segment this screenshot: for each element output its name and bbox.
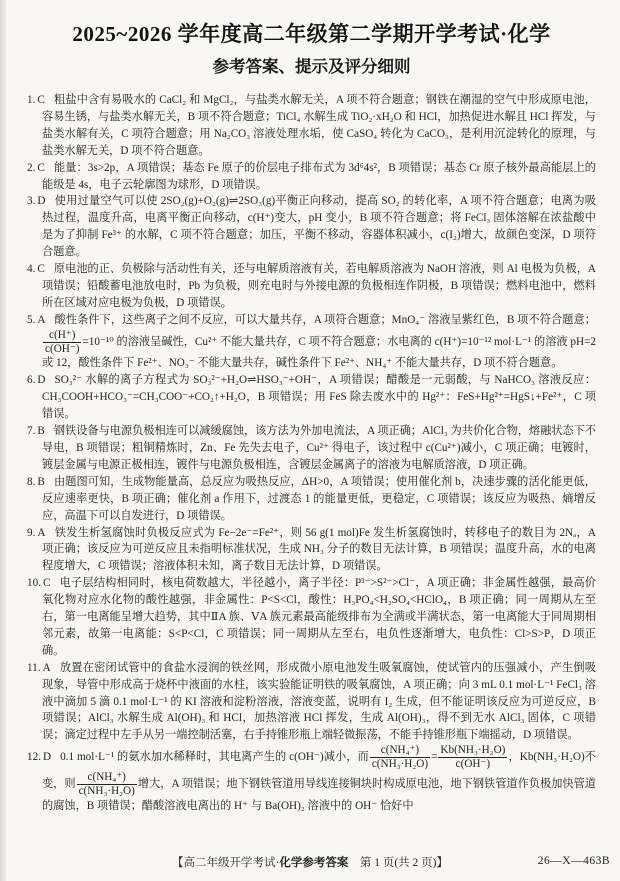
item-answer-letter: A [43,662,51,674]
page-title: 2025~2026 学年度高二年级第二学期开学考试·化学 [27,18,596,48]
footer-caption: 【高二年级开学考试·化学参考答案 第 1 页(共 2 页)】 [172,857,448,869]
fraction: c(NH₄⁺)c(NH₃·H₂O) [77,771,137,798]
item-number: 10. [27,577,41,589]
answer-item: 11.A放置在密闭试管中的食盐水浸润的铁丝网，形成微小原电池发生吸氧腐蚀，使试管… [27,660,596,745]
item-answer-letter: B [37,425,44,437]
item-explanation: 酸性条件下，这些离子之间不反应，可以大量共存，A 项符合题意；MnO₄⁻ 溶液呈… [42,314,596,370]
footer-subject: 化学参考答案 [279,857,348,869]
item-explanation: 铁发生析氢腐蚀时负极反应式为 Fe−2e⁻=Fe²⁺，则 56 g(1 mol)… [42,527,596,573]
footer-paper-code: 26—X—463B [538,855,610,867]
item-answer-letter: D [37,195,45,207]
item-answer-letter: A [37,527,45,539]
fraction: c(NH₄⁺)c(NH₃·H₂O) [370,744,430,771]
item-answer-letter: C [37,94,44,106]
answer-item: 8.B由题图可知，生成物能量高，总反应为吸热反应，ΔH>0，A 项错误；使用催化… [27,474,596,525]
footer-page-number: 第 1 页(共 2 页)】 [348,857,448,869]
exam-answer-page: 2025~2026 学年度高二年级第二学期开学考试·化学 参考答案、提示及评分细… [0,0,620,815]
item-explanation: 钢铁设备与电源负极相连可以减缓腐蚀，该方法为外加电流法，A 项正确；AlCl₃ … [42,425,596,471]
item-explanation: 原电池的正、负极除与活动性有关，还与电解质溶液有关，若电解质溶液为 NaOH 溶… [42,263,596,309]
item-number: 8. [27,476,35,488]
answer-item: 10.C电子层结构相同时，核电荷数越大，半径越小，离子半径：P³⁻>S²⁻>Cl… [27,575,596,660]
fraction: Kb(NH₃·H₂O)c(OH⁻) [438,744,507,771]
item-answer-letter: D [37,374,45,386]
item-explanation: 电子层结构相同时，核电荷数越大，半径越小，离子半径：P³⁻>S²⁻>Cl⁻，A … [42,577,596,657]
item-number: 5. [27,314,35,326]
answer-item: 7.B钢铁设备与电源负极相连可以减缓腐蚀，该方法为外加电流法，A 项正确；AlC… [27,423,596,474]
item-explanation: 使用过量空气可以使 2SO₂(g)+O₂(g)⇌2SO₃(g)平衡正向移动，提高… [42,195,596,258]
page-footer: 【高二年级开学考试·化学参考答案 第 1 页(共 2 页)】 26—X—463B [0,854,620,870]
item-answer-letter: D [43,751,51,763]
answer-item: 3.D使用过量空气可以使 2SO₂(g)+O₂(g)⇌2SO₃(g)平衡正向移动… [27,193,596,261]
item-number: 11. [27,662,41,674]
answer-item: 4.C原电池的正、负极除与活动性有关，还与电解质溶液有关，若电解质溶液为 NaO… [27,261,596,312]
item-number: 3. [27,195,35,207]
item-explanation: 放置在密闭试管中的食盐水浸润的铁丝网，形成微小原电池发生吸氧腐蚀，使试管内的压强… [42,662,596,742]
fraction: c(H⁺)c(OH⁻) [43,329,81,356]
item-answer-letter: C [43,577,50,589]
item-answer-letter: A [37,314,45,326]
answer-item: 2.C能量：3s>2p，A 项错误；基态 Fe 原子的价层电子排布式为 3d⁶4… [27,160,596,194]
item-number: 6. [27,374,35,386]
item-explanation: 能量：3s>2p，A 项错误；基态 Fe 原子的价层电子排布式为 3d⁶4s²，… [42,162,596,191]
item-explanation: 粗盐中含有易吸水的 CaCl₂ 和 MgCl₂，与盐类水解无关，A 项不符合题意… [42,94,596,157]
footer-exam-name: 【高二年级开学考试· [172,857,279,869]
answer-item: 9.A铁发生析氢腐蚀时负极反应式为 Fe−2e⁻=Fe²⁺，则 56 g(1 m… [27,525,596,576]
item-explanation: 0.1 mol·L⁻¹ 的氨水加水稀释时，其电离产生的 c(OH⁻)减小，而c(… [42,751,596,812]
item-answer-letter: B [37,476,44,488]
page-subtitle: 参考答案、提示及评分细则 [27,53,596,77]
item-number: 12. [27,751,41,763]
item-number: 7. [27,425,35,437]
answer-item: 1.C粗盐中含有易吸水的 CaCl₂ 和 MgCl₂，与盐类水解无关，A 项不符… [27,92,596,160]
item-answer-letter: C [37,162,44,174]
answer-item: 5.A酸性条件下，这些离子之间不反应，可以大量共存，A 项符合题意；MnO₄⁻ … [27,312,596,373]
item-answer-letter: C [37,263,44,275]
item-number: 4. [27,263,35,275]
item-number: 9. [27,527,35,539]
answer-item: 12.D0.1 mol·L⁻¹ 的氨水加水稀释时，其电离产生的 c(OH⁻)减小… [27,744,596,814]
item-number: 1. [27,94,35,106]
answers-list: 1.C粗盐中含有易吸水的 CaCl₂ 和 MgCl₂，与盐类水解无关，A 项不符… [27,92,596,815]
item-number: 2. [27,162,35,174]
item-explanation: 由题图可知，生成物能量高，总反应为吸热反应，ΔH>0，A 项错误；使用催化剂 b… [42,476,596,522]
answer-item: 6.DSO₃²⁻ 水解的离子方程式为 SO₃²⁻+H₂O⇌HSO₃⁻+OH⁻，A… [27,372,596,423]
item-explanation: SO₃²⁻ 水解的离子方程式为 SO₃²⁻+H₂O⇌HSO₃⁻+OH⁻，A 项错… [42,374,596,420]
